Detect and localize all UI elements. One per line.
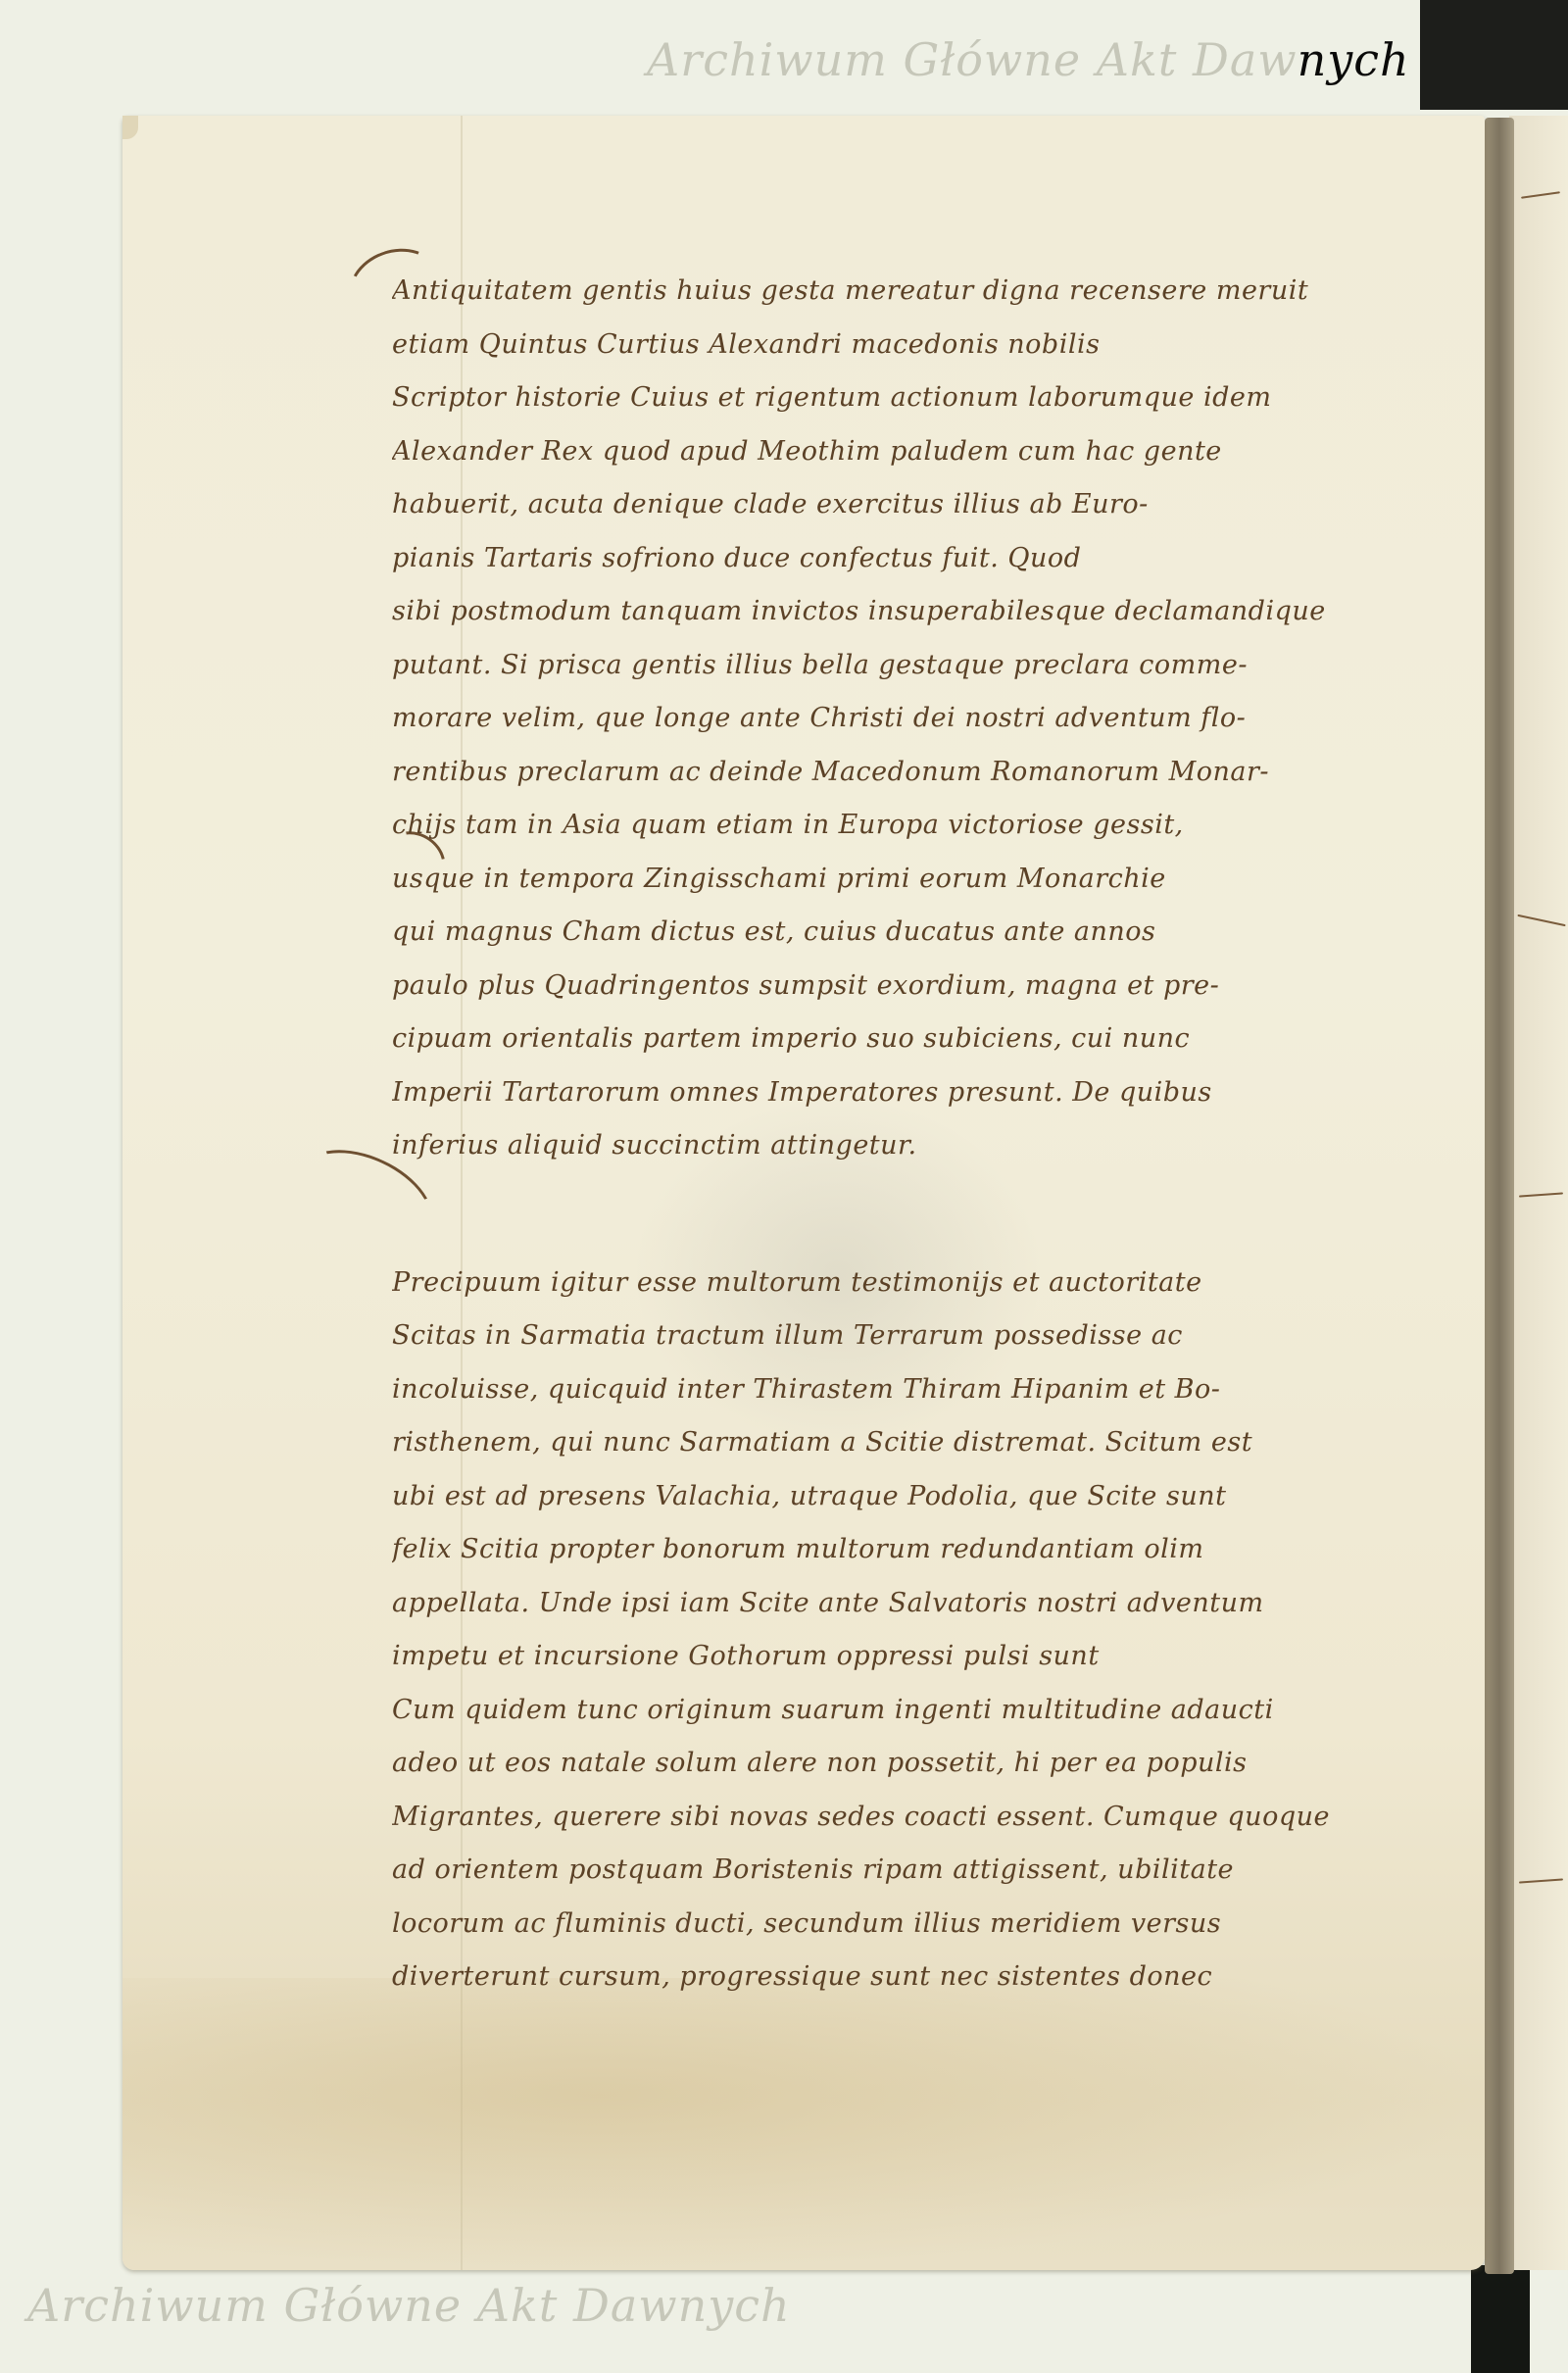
text-line: diverterunt cursum, progressique sunt ne… <box>392 1951 1441 2004</box>
ink-stroke <box>1517 915 1565 926</box>
ink-stroke <box>1519 1878 1563 1883</box>
watermark-text: Archiwum Główne Akt Daw <box>647 33 1298 86</box>
text-line: Antiquitatem gentis huius gesta mereatur… <box>392 265 1441 319</box>
ink-stroke <box>1519 1192 1563 1197</box>
text-line: cipuam orientalis partem imperio suo sub… <box>392 1013 1441 1066</box>
text-line: felix Scitia propter bonorum multorum re… <box>392 1523 1441 1577</box>
text-line: pianis Tartaris sofriono duce confectus … <box>392 532 1441 586</box>
book-gutter <box>1485 118 1514 2274</box>
ink-stroke <box>1521 191 1560 199</box>
text-line: usque in tempora Zingisschami primi eoru… <box>392 853 1441 907</box>
text-line: Cum quidem tunc originum suarum ingenti … <box>392 1684 1441 1738</box>
text-line: Scriptor historie Cuius et rigentum acti… <box>392 371 1441 425</box>
text-line: etiam Quintus Curtius Alexandri macedoni… <box>392 319 1441 372</box>
text-line: rentibus preclarum ac deinde Macedonum R… <box>392 746 1441 800</box>
black-tab-top-right <box>1420 0 1568 110</box>
text-line: sibi postmodum tanquam invictos insupera… <box>392 585 1441 639</box>
text-line: ubi est ad presens Valachia, utraque Pod… <box>392 1470 1441 1524</box>
text-line: incoluisse, quicquid inter Thirastem Thi… <box>392 1363 1441 1417</box>
text-line: Scitas in Sarmatia tractum illum Terraru… <box>392 1310 1441 1363</box>
text-line: Migrantes, querere sibi novas sedes coac… <box>392 1791 1441 1845</box>
text-line: adeo ut eos natale solum alere non posse… <box>392 1737 1441 1791</box>
text-line: morare velim, que longe ante Christi dei… <box>392 692 1441 746</box>
text-line: Alexander Rex quod apud Meothim paludem … <box>392 425 1441 479</box>
paragraph-2: Precipuum igitur esse multorum testimoni… <box>392 1257 1441 2004</box>
text-line: qui magnus Cham dictus est, cuius ducatu… <box>392 906 1441 960</box>
text-line: chijs tam in Asia quam etiam in Europa v… <box>392 799 1441 853</box>
text-line: inferius aliquid succinctim attingetur. <box>392 1119 1441 1173</box>
text-line: putant. Si prisca gentis illius bella ge… <box>392 639 1441 693</box>
text-line: ad orientem postquam Boristenis ripam at… <box>392 1844 1441 1898</box>
text-line: Precipuum igitur esse multorum testimoni… <box>392 1257 1441 1310</box>
text-line: risthenem, qui nunc Sarmatiam a Scitie d… <box>392 1416 1441 1470</box>
black-tab-bottom <box>1471 2265 1530 2373</box>
paragraph-1: Antiquitatem gentis huius gesta mereatur… <box>392 265 1441 1173</box>
paragraph-gap <box>392 1173 1441 1257</box>
text-line: locorum ac fluminis ducti, secundum illi… <box>392 1898 1441 1952</box>
text-line: impetu et incursione Gothorum oppressi p… <box>392 1630 1441 1684</box>
text-line: habuerit, acuta denique clade exercitus … <box>392 478 1441 532</box>
text-line: Imperii Tartarorum omnes Imperatores pre… <box>392 1066 1441 1120</box>
facing-page-edge <box>1509 116 1568 2270</box>
archive-watermark-top: Archiwum Główne Akt Dawnych <box>647 33 1410 86</box>
text-line: appellata. Unde ipsi iam Scite ante Salv… <box>392 1577 1441 1631</box>
manuscript-text: Antiquitatem gentis huius gesta mereatur… <box>392 265 1441 2004</box>
water-stain <box>122 1978 1485 2270</box>
watermark-text-on-dark: nych <box>1298 33 1410 86</box>
text-line: paulo plus Quadringentos sumpsit exordiu… <box>392 960 1441 1013</box>
archive-watermark-bottom: Archiwum Główne Akt Dawnych <box>27 2279 791 2332</box>
